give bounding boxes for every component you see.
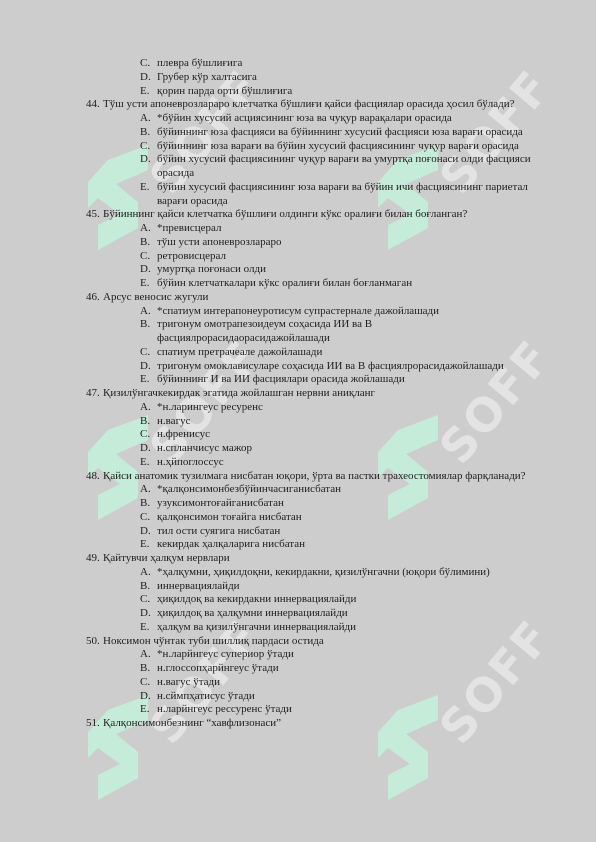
option-text: спатиум претрачеале дажойлашади	[157, 346, 566, 360]
answer-option: D.бўйин хусусий фасциясининг чуқур варағ…	[86, 153, 566, 181]
question-text: Тўш усти апоневрозлараро клетчатка бўшли…	[103, 98, 566, 112]
answer-option: B.н.глоссопҳарйнгеус ўтади	[86, 662, 566, 676]
answer-option: A. *превисцерал	[86, 222, 566, 236]
option-letter: D.	[140, 360, 157, 374]
option-letter: A.	[140, 566, 157, 580]
option-text: иннервациялайди	[157, 580, 566, 594]
answer-option: D.Грубер кўр халтасига	[86, 71, 566, 85]
option-text: тўш усти апоневрозлараро	[157, 236, 566, 250]
option-text: н.сймпҳатисус ўтади	[157, 690, 566, 704]
option-letter: D.	[140, 607, 157, 621]
option-text: ҳалқум ва қизилўнгачни иннервациялайди	[157, 621, 566, 635]
option-letter: A.	[140, 305, 157, 319]
answer-option: C.н.вагус ўтади	[86, 676, 566, 690]
question-text: Қайси анатомик тузилмага нисбатан юқори,…	[103, 470, 566, 484]
answer-option: E.н.ҳйпоглоссус	[86, 456, 566, 470]
question-number: 45.	[86, 208, 103, 222]
option-letter: B.	[140, 236, 157, 250]
option-text: н.спланчисус мажор	[157, 442, 566, 456]
option-letter: E.	[140, 538, 157, 552]
question-block: 44.Тўш усти апоневрозлараро клетчатка бў…	[86, 98, 566, 208]
answer-option: E.н.ларйнгеус рессуренс ўтади	[86, 703, 566, 717]
answer-option: E.кекирдак ҳалқаларига нисбатан	[86, 538, 566, 552]
answer-option: B.н.вагус	[86, 415, 566, 429]
question-number: 47.	[86, 387, 103, 401]
question-text: Ноксимон чўнтак туби шиллиқ пардаси ости…	[103, 635, 566, 649]
answer-option: A.*н.ларйнгеус супериор ўтади	[86, 648, 566, 662]
option-letter: C.	[140, 250, 157, 264]
answer-option: B.узуксимонтоғайганисбатан	[86, 497, 566, 511]
option-letter: A.	[140, 648, 157, 662]
question-stem: 45.Бўйиннинг қайси клетчатка бўшлиғи олд…	[86, 208, 566, 222]
question-stem: 44.Тўш усти апоневрозлараро клетчатка бў…	[86, 98, 566, 112]
leading-options: C.плевра бўшлиғигаD.Грубер кўр халтасига…	[86, 57, 566, 98]
answer-option: D.тил ости суягига нисбатан	[86, 525, 566, 539]
answer-option: B.иннервациялайди	[86, 580, 566, 594]
option-text: тригонум омоклависуларе соҳасида ИИ ва В…	[157, 360, 566, 374]
option-text: узуксимонтоғайганисбатан	[157, 497, 566, 511]
option-text: ҳиқилдоқ ва кекирдакни иннервациялайди	[157, 593, 566, 607]
option-text: тил ости суягига нисбатан	[157, 525, 566, 539]
option-text: н.ҳйпоглоссус	[157, 456, 566, 470]
answer-option: A.*қалқонсимонбезбўйинчасиганисбатан	[86, 483, 566, 497]
option-text: н.френисус	[157, 428, 566, 442]
question-block: 49.Қайтувчи ҳалқум нервлариA. *ҳалқумни,…	[86, 552, 566, 635]
question-block: 46.Арсус веносис жугулиA. *спатиум интер…	[86, 291, 566, 387]
question-stem: 50.Ноксимон чўнтак туби шиллиқ пардаси о…	[86, 635, 566, 649]
question-block: 51.Қалқонсимонбезнинг “хавфлизонаси”	[86, 717, 566, 731]
question-block: 48.Қайси анатомик тузилмага нисбатан юқо…	[86, 470, 566, 553]
answer-option: D.умуртқа поғонаси олди	[86, 263, 566, 277]
option-text: *бўйин хусусий асциясининг юза ва чуқур …	[157, 112, 566, 126]
option-letter: A.	[140, 483, 157, 497]
option-text: бўйиннинг юза варағи ва бўйин хусусий фа…	[157, 140, 566, 154]
question-stem: 49.Қайтувчи ҳалқум нервлари	[86, 552, 566, 566]
option-letter: C.	[140, 57, 157, 71]
option-text: бўйин хусусий фасциясининг чуқур варағи …	[157, 153, 566, 181]
option-text: н.глоссопҳарйнгеус ўтади	[157, 662, 566, 676]
option-letter: C.	[140, 428, 157, 442]
answer-option: E.қорин парда орти бўшлиғига	[86, 85, 566, 99]
document-page: SOFF SOFF SOFF SOFF SOFF SOFF C.плевра б…	[0, 0, 596, 842]
question-text: Қалқонсимонбезнинг “хавфлизонаси”	[103, 717, 566, 731]
answer-option: D.н.сймпҳатисус ўтади	[86, 690, 566, 704]
option-text: бўйиннинг юза фасцияси ва бўйиннинг хусу…	[157, 126, 566, 140]
option-letter: A.	[140, 401, 157, 415]
question-stem: 48.Қайси анатомик тузилмага нисбатан юқо…	[86, 470, 566, 484]
option-letter: B.	[140, 497, 157, 511]
question-text: Арсус веносис жугули	[103, 291, 566, 305]
answer-option: C.ҳиқилдоқ ва кекирдакни иннервациялайди	[86, 593, 566, 607]
option-letter: E.	[140, 621, 157, 635]
question-number: 48.	[86, 470, 103, 484]
question-block: 47.Қизилўнгачкекирдак эгатида жойлашган …	[86, 387, 566, 470]
question-block: 50.Ноксимон чўнтак туби шиллиқ пардаси о…	[86, 635, 566, 718]
option-letter: C.	[140, 511, 157, 525]
option-text: *қалқонсимонбезбўйинчасиганисбатан	[157, 483, 566, 497]
option-letter: D.	[140, 263, 157, 277]
question-stem: 51.Қалқонсимонбезнинг “хавфлизонаси”	[86, 717, 566, 731]
option-text: қалқонсимон тоғайга нисбатан	[157, 511, 566, 525]
answer-option: D.тригонум омоклависуларе соҳасида ИИ ва…	[86, 360, 566, 374]
option-text: тригонум омотрапезоидеум соҳасида ИИ ва …	[157, 318, 566, 346]
answer-option: D.н.спланчисус мажор	[86, 442, 566, 456]
option-text: *спатиум интерапонеуротисум супрастернал…	[157, 305, 566, 319]
option-text: н.вагус	[157, 415, 566, 429]
option-text: қорин парда орти бўшлиғига	[157, 85, 566, 99]
question-block: 45.Бўйиннинг қайси клетчатка бўшлиғи олд…	[86, 208, 566, 291]
option-letter: D.	[140, 525, 157, 539]
option-text: н.ларйнгеус рессуренс ўтади	[157, 703, 566, 717]
option-text: н.вагус ўтади	[157, 676, 566, 690]
option-letter: E.	[140, 85, 157, 99]
option-letter: E.	[140, 277, 157, 291]
answer-option: C.плевра бўшлиғига	[86, 57, 566, 71]
answer-option: A.*н.ларингеус ресуренс	[86, 401, 566, 415]
option-letter: C.	[140, 346, 157, 360]
option-letter: D.	[140, 153, 157, 181]
option-letter: C.	[140, 676, 157, 690]
questions: 44.Тўш усти апоневрозлараро клетчатка бў…	[86, 98, 566, 731]
option-text: *превисцерал	[157, 222, 566, 236]
option-letter: A.	[140, 222, 157, 236]
option-text: плевра бўшлиғига	[157, 57, 566, 71]
option-letter: E.	[140, 703, 157, 717]
question-stem: 47.Қизилўнгачкекирдак эгатида жойлашган …	[86, 387, 566, 401]
option-letter: B.	[140, 126, 157, 140]
option-letter: E.	[140, 181, 157, 209]
answer-option: C.қалқонсимон тоғайга нисбатан	[86, 511, 566, 525]
option-text: ретровисцерал	[157, 250, 566, 264]
answer-option: E.ҳалқум ва қизилўнгачни иннервациялайди	[86, 621, 566, 635]
option-letter: E.	[140, 456, 157, 470]
option-letter: D.	[140, 690, 157, 704]
option-letter: B.	[140, 580, 157, 594]
question-text: Қизилўнгачкекирдак эгатида жойлашган нер…	[103, 387, 566, 401]
answer-option: E.бўйиннинг И ва ИИ фасциялари орасида ж…	[86, 373, 566, 387]
option-text: *ҳалқумни, ҳиқилдоқни, кекирдакни, қизил…	[157, 566, 566, 580]
option-letter: A.	[140, 112, 157, 126]
option-letter: D.	[140, 442, 157, 456]
answer-option: D.ҳиқилдоқ ва ҳалқумни иннервациялайди	[86, 607, 566, 621]
answer-option: C.бўйиннинг юза варағи ва бўйин хусусий …	[86, 140, 566, 154]
option-letter: B.	[140, 318, 157, 346]
option-text: бўйин клетчаткалари кўкс оралиғи билан б…	[157, 277, 566, 291]
option-letter: B.	[140, 662, 157, 676]
option-text: умуртқа поғонаси олди	[157, 263, 566, 277]
answer-option: E.бўйин хусусий фасциясининг юза варағи …	[86, 181, 566, 209]
option-text: *н.ларйнгеус супериор ўтади	[157, 648, 566, 662]
answer-option: A. *ҳалқумни, ҳиқилдоқни, кекирдакни, қи…	[86, 566, 566, 580]
answer-option: C.спатиум претрачеале дажойлашади	[86, 346, 566, 360]
question-list: C.плевра бўшлиғигаD.Грубер кўр халтасига…	[86, 57, 566, 731]
option-letter: C.	[140, 140, 157, 154]
option-letter: D.	[140, 71, 157, 85]
question-stem: 46.Арсус веносис жугули	[86, 291, 566, 305]
question-number: 46.	[86, 291, 103, 305]
option-text: кекирдак ҳалқаларига нисбатан	[157, 538, 566, 552]
question-text: Қайтувчи ҳалқум нервлари	[103, 552, 566, 566]
question-number: 50.	[86, 635, 103, 649]
question-text: Бўйиннинг қайси клетчатка бўшлиғи олдинг…	[103, 208, 566, 222]
option-text: *н.ларингеус ресуренс	[157, 401, 566, 415]
answer-option: C.ретровисцерал	[86, 250, 566, 264]
option-letter: B.	[140, 415, 157, 429]
option-text: ҳиқилдоқ ва ҳалқумни иннервациялайди	[157, 607, 566, 621]
option-letter: C.	[140, 593, 157, 607]
option-text: Грубер кўр халтасига	[157, 71, 566, 85]
answer-option: C.н.френисус	[86, 428, 566, 442]
answer-option: B.тригонум омотрапезоидеум соҳасида ИИ в…	[86, 318, 566, 346]
answer-option: A. *бўйин хусусий асциясининг юза ва чуқ…	[86, 112, 566, 126]
question-number: 51.	[86, 717, 103, 731]
answer-option: B.бўйиннинг юза фасцияси ва бўйиннинг ху…	[86, 126, 566, 140]
option-letter: E.	[140, 373, 157, 387]
answer-option: E.бўйин клетчаткалари кўкс оралиғи билан…	[86, 277, 566, 291]
option-text: бўйин хусусий фасциясининг юза варағи ва…	[157, 181, 566, 209]
answer-option: A. *спатиум интерапонеуротисум супрастер…	[86, 305, 566, 319]
question-number: 44.	[86, 98, 103, 112]
question-number: 49.	[86, 552, 103, 566]
answer-option: B.тўш усти апоневрозлараро	[86, 236, 566, 250]
option-text: бўйиннинг И ва ИИ фасциялари орасида жой…	[157, 373, 566, 387]
